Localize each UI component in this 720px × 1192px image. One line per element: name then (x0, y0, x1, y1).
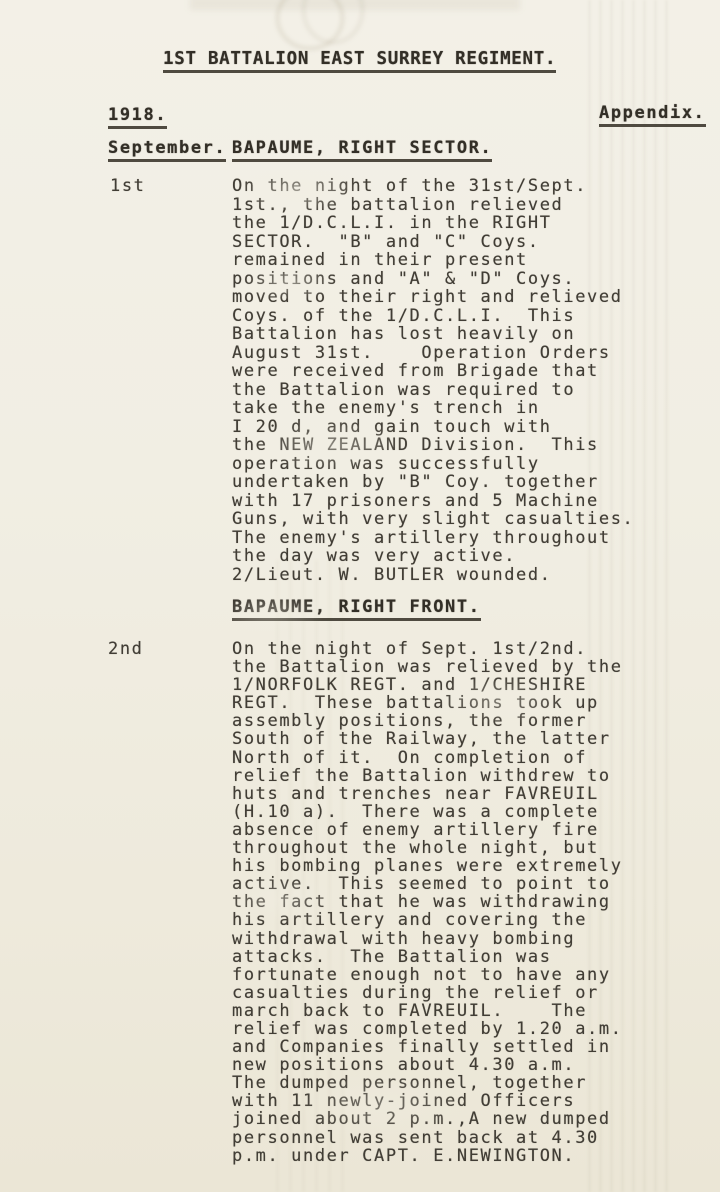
subsection-heading-right-front: BAPAUME, RIGHT FRONT. (232, 598, 481, 621)
bleedthrough-text-smudge (190, 0, 520, 10)
entry-date-2nd: 2nd (108, 640, 144, 659)
year-label: 1918. (108, 106, 167, 129)
month-label: September. (108, 139, 226, 162)
sector-heading: BAPAUME, RIGHT SECTOR. (232, 139, 492, 162)
entry-date-1st: 1st (110, 177, 146, 196)
appendix-label: Appendix. (599, 104, 706, 127)
entry-text-2nd: On the night of Sept. 1st/2nd. the Batta… (232, 640, 623, 1165)
war-diary-page: 1ST BATTALION EAST SURREY REGIMENT. 1918… (0, 0, 720, 1192)
page-title: 1ST BATTALION EAST SURREY REGIMENT. (163, 50, 556, 73)
entry-text-1st: On the night of the 31st/Sept. 1st., the… (232, 177, 634, 584)
